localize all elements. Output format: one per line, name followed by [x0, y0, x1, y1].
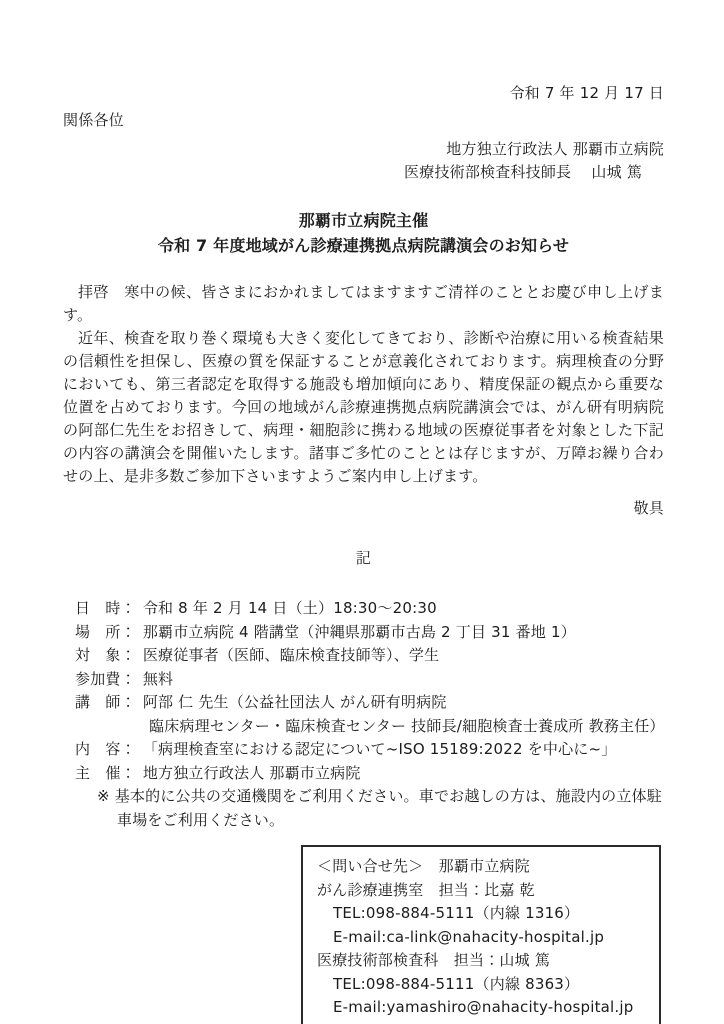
- detail-row-audience: 対 象： 医療従事者（医師、臨床検査技師等）、学生: [75, 644, 664, 668]
- contact-tel-1: TEL:098-884-5111（内線 1316）: [317, 902, 649, 926]
- detail-row-place: 場 所： 那覇市立病院 4 階講堂（沖縄県那覇市古島 2 丁目 31 番地 1）: [75, 621, 664, 645]
- detail-value: 令和 8 年 2 月 14 日（土）18:30～20:30: [136, 597, 664, 621]
- detail-value: 無料: [136, 668, 664, 692]
- closing-keigu: 敬具: [63, 497, 664, 520]
- addressee: 関係各位: [63, 109, 664, 132]
- event-details-list: 日 時： 令和 8 年 2 月 14 日（土）18:30～20:30 場 所： …: [63, 597, 664, 832]
- contact-dept-lab: 医療技術部検査科 担当：山城 篤: [317, 949, 649, 973]
- detail-label: 主 催：: [75, 762, 136, 786]
- detail-value: 臨床病理センター・臨床検査センター 技師長/細胞検査士養成所 教務主任）: [142, 715, 664, 739]
- detail-row-fee: 参加費： 無料: [75, 668, 664, 692]
- detail-value: 阿部 仁 先生（公益社団法人 がん研有明病院: [136, 691, 664, 715]
- detail-row-lecturer: 講 師： 阿部 仁 先生（公益社団法人 がん研有明病院: [75, 691, 664, 715]
- record-marker-ki: 記: [63, 547, 664, 570]
- contact-tel-2: TEL:098-884-5111（内線 8363）: [317, 973, 649, 997]
- detail-value: 「病理検査室における認定について~ISO 15189:2022 を中心に~」: [136, 738, 664, 762]
- detail-row-lecturer-cont: 臨床病理センター・臨床検査センター 技師長/細胞検査士養成所 教務主任）: [75, 715, 664, 739]
- transport-note-line2: 車場をご利用ください。: [75, 809, 664, 833]
- detail-row-topic: 内 容： 「病理検査室における認定について~ISO 15189:2022 を中心…: [75, 738, 664, 762]
- detail-label: 参加費：: [75, 668, 136, 692]
- document-title: 那覇市立病院主催 令和 7 年度地域がん診療連携拠点病院講演会のお知らせ: [63, 208, 664, 258]
- document-page: 令和 7 年 12 月 17 日 関係各位 地方独立行政法人 那覇市立病院 医療…: [0, 0, 724, 1024]
- body-text: 拝啓 寒中の候、皆さまにおかれましてはますますご清祥のこととお慶び申し上げます。…: [63, 281, 664, 488]
- detail-label: 内 容：: [75, 738, 136, 762]
- transport-note-line1: ※ 基本的に公共の交通機関をご利用ください。車でお越しの方は、施設内の立体駐: [75, 785, 664, 809]
- sender-organization: 地方独立行政法人 那覇市立病院: [63, 138, 664, 161]
- detail-label: 場 所：: [75, 621, 136, 645]
- detail-label: 対 象：: [75, 644, 136, 668]
- document-title-line2: 令和 7 年度地域がん診療連携拠点病院講演会のお知らせ: [63, 233, 664, 258]
- document-date: 令和 7 年 12 月 17 日: [63, 82, 664, 105]
- detail-row-datetime: 日 時： 令和 8 年 2 月 14 日（土）18:30～20:30: [75, 597, 664, 621]
- contact-heading: ＜問い合せ先＞ 那覇市立病院: [317, 855, 649, 879]
- body-paragraph-greeting: 拝啓 寒中の候、皆さまにおかれましてはますますご清祥のこととお慶び申し上げます。: [63, 281, 664, 327]
- detail-row-organizer: 主 催： 地方独立行政法人 那覇市立病院: [75, 762, 664, 786]
- document-content: 令和 7 年 12 月 17 日 関係各位 地方独立行政法人 那覇市立病院 医療…: [63, 82, 664, 1024]
- sender-person: 医療技術部検査科技師長 山城 篤: [63, 161, 664, 184]
- contact-dept-cancer-liaison: がん診療連携室 担当：比嘉 乾: [317, 879, 649, 903]
- detail-label: 講 師：: [75, 691, 136, 715]
- document-title-line1: 那覇市立病院主催: [63, 208, 664, 233]
- contact-info-box: ＜問い合せ先＞ 那覇市立病院 がん診療連携室 担当：比嘉 乾 TEL:098-8…: [301, 845, 661, 1024]
- contact-email-1: E-mail:ca-link@nahacity-hospital.jp: [317, 926, 649, 950]
- detail-value: 那覇市立病院 4 階講堂（沖縄県那覇市古島 2 丁目 31 番地 1）: [136, 621, 664, 645]
- detail-value: 医療従事者（医師、臨床検査技師等）、学生: [136, 644, 664, 668]
- detail-label: 日 時：: [75, 597, 136, 621]
- body-paragraph-main: 近年、検査を取り巻く環境も大きく変化してきており、診断や治療に用いる検査結果の信…: [63, 327, 664, 488]
- contact-email-2: E-mail:yamashiro@nahacity-hospital.jp: [317, 996, 649, 1020]
- detail-value: 地方独立行政法人 那覇市立病院: [136, 762, 664, 786]
